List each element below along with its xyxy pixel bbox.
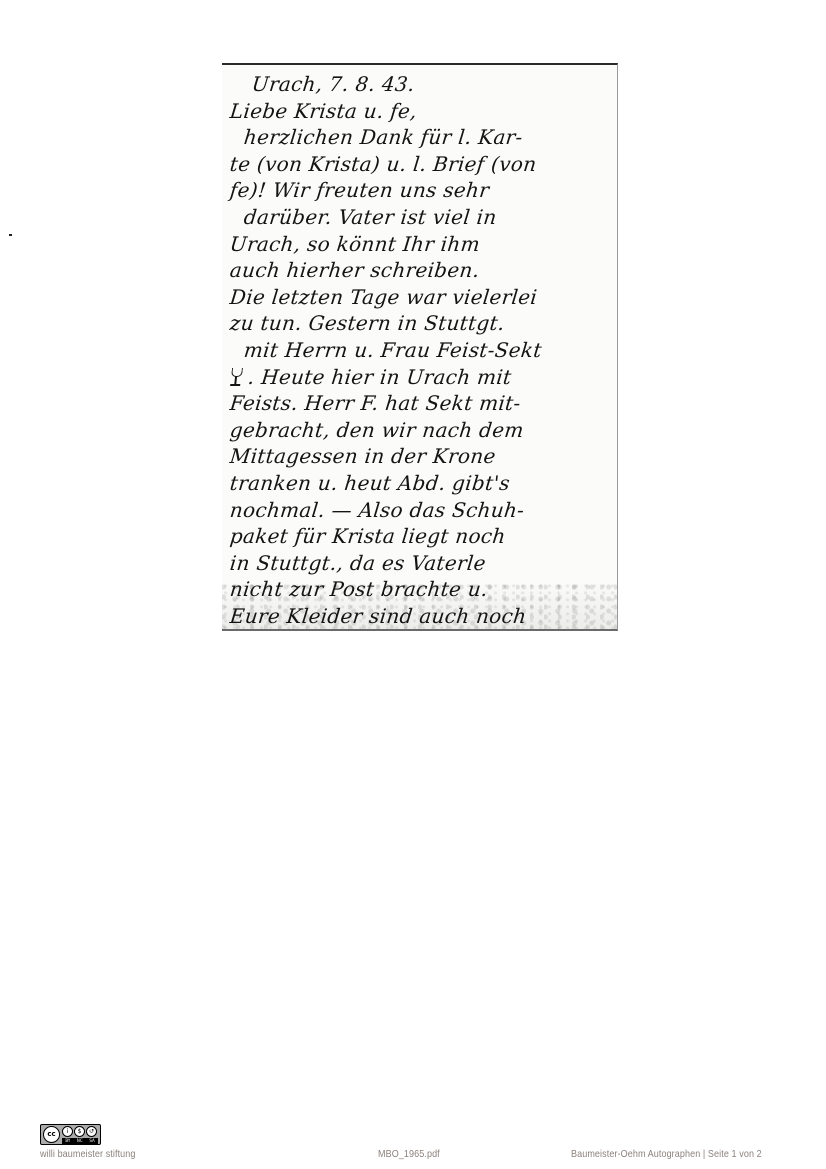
letter-line-text: Die letzten Tage war vielerlei <box>229 285 539 309</box>
pdf-page: Urach, 7. 8. 43.Liebe Krista u. fe,herzl… <box>0 0 826 1169</box>
letter-line-text: mit Herrn u. Frau Feist-Sekt <box>243 338 543 362</box>
license-label-by: BY <box>65 1138 70 1144</box>
letter-line-text: Mittagessen in der Krone <box>229 444 497 468</box>
license-label-nc: NC <box>77 1138 83 1144</box>
letter-line: herzlichen Dank für l. Kar- <box>229 124 613 151</box>
letter-line: Die letzten Tage war vielerlei <box>229 284 613 311</box>
letter-line-text: nicht weggeschickt. Morgen <box>229 630 528 631</box>
letter-line: zu tun. Gestern in Stuttgt. <box>229 310 613 337</box>
letter-line: Liebe Krista u. fe, <box>229 98 613 125</box>
handwritten-letter-scan: Urach, 7. 8. 43.Liebe Krista u. fe,herzl… <box>222 63 618 631</box>
letter-line: fe)! Wir freuten uns sehr <box>229 177 613 204</box>
letter-lines: Urach, 7. 8. 43.Liebe Krista u. fe,herzl… <box>230 71 611 631</box>
letter-line-text: in Stuttgt., da es Vaterle <box>229 551 487 575</box>
letter-line-text: Liebe Krista u. fe, <box>229 99 418 123</box>
letter-line-text: Feists. Herr F. hat Sekt mit- <box>229 391 522 415</box>
letter-line-text: nicht zur Post brachte u. <box>229 577 489 601</box>
letter-line: Eure Kleider sind auch noch <box>229 603 613 630</box>
letter-line-text: Urach, so könnt Ihr ihm <box>229 232 481 256</box>
letter-line: nicht weggeschickt. Morgen <box>229 629 613 631</box>
letter-line: paket für Krista liegt noch <box>229 523 613 550</box>
letter-line: Urach, so könnt Ihr ihm <box>229 231 613 258</box>
sharealike-icon: ↺ <box>86 1126 97 1137</box>
letter-line-text: Urach, 7. 8. 43. <box>251 72 416 96</box>
letter-line-text: darüber. Vater ist viel in <box>243 205 498 229</box>
letter-line: in Stuttgt., da es Vaterle <box>229 550 613 577</box>
letter-line-text: nochmal. — Also das Schuh- <box>229 498 526 522</box>
letter-line: mit Herrn u. Frau Feist-Sekt <box>229 337 613 364</box>
letter-line: Mittagessen in der Krone <box>229 443 613 470</box>
letter-line: . Heute hier in Urach mit <box>229 364 613 391</box>
license-label-sa: SA <box>89 1138 94 1144</box>
letter-line-text: Eure Kleider sind auch noch <box>229 604 528 628</box>
footer-organization: willi baumeister stiftung <box>40 1148 136 1160</box>
letter-line: tranken u. heut Abd. gibt's <box>229 470 613 497</box>
champagne-glass-icon <box>229 366 243 388</box>
letter-line: darüber. Vater ist viel in <box>229 204 613 231</box>
letter-line-text: te (von Krista) u. l. Brief (von <box>229 152 538 176</box>
letter-line: Feists. Herr F. hat Sekt mit- <box>229 390 613 417</box>
letter-line-text: auch hierher schreiben. <box>229 258 481 282</box>
noncommercial-icon: $ <box>74 1126 85 1137</box>
letter-line-text: gebracht, den wir nach dem <box>229 418 525 442</box>
letter-line: nicht zur Post brachte u. <box>229 576 613 603</box>
letter-line: nochmal. — Also das Schuh- <box>229 497 613 524</box>
letter-line: Urach, 7. 8. 43. <box>229 71 613 98</box>
attribution-icon: i <box>62 1126 73 1137</box>
letter-line: te (von Krista) u. l. Brief (von <box>229 151 613 178</box>
letter-line-text: zu tun. Gestern in Stuttgt. <box>229 311 506 335</box>
cc-by-nc-sa-license-icon[interactable]: cc i $ ↺ BY NC SA <box>40 1124 101 1145</box>
footer-filename: MBO_1965.pdf <box>378 1148 440 1160</box>
letter-line-text: fe)! Wir freuten uns sehr <box>229 178 491 202</box>
letter-line-text: . Heute hier in Urach mit <box>247 365 513 389</box>
scan-speck <box>9 234 12 236</box>
cc-logo-icon: cc <box>43 1126 60 1143</box>
letter-line-text: paket für Krista liegt noch <box>229 524 507 548</box>
footer-page-info: Baumeister-Oehm Autographen | Seite 1 vo… <box>571 1148 762 1160</box>
letter-line-text: herzlichen Dank für l. Kar- <box>243 125 524 149</box>
letter-line: gebracht, den wir nach dem <box>229 417 613 444</box>
letter-line-text: tranken u. heut Abd. gibt's <box>229 471 511 495</box>
page-footer: cc i $ ↺ BY NC SA willi baumeister stift… <box>0 1120 826 1169</box>
letter-line: auch hierher schreiben. <box>229 257 613 284</box>
